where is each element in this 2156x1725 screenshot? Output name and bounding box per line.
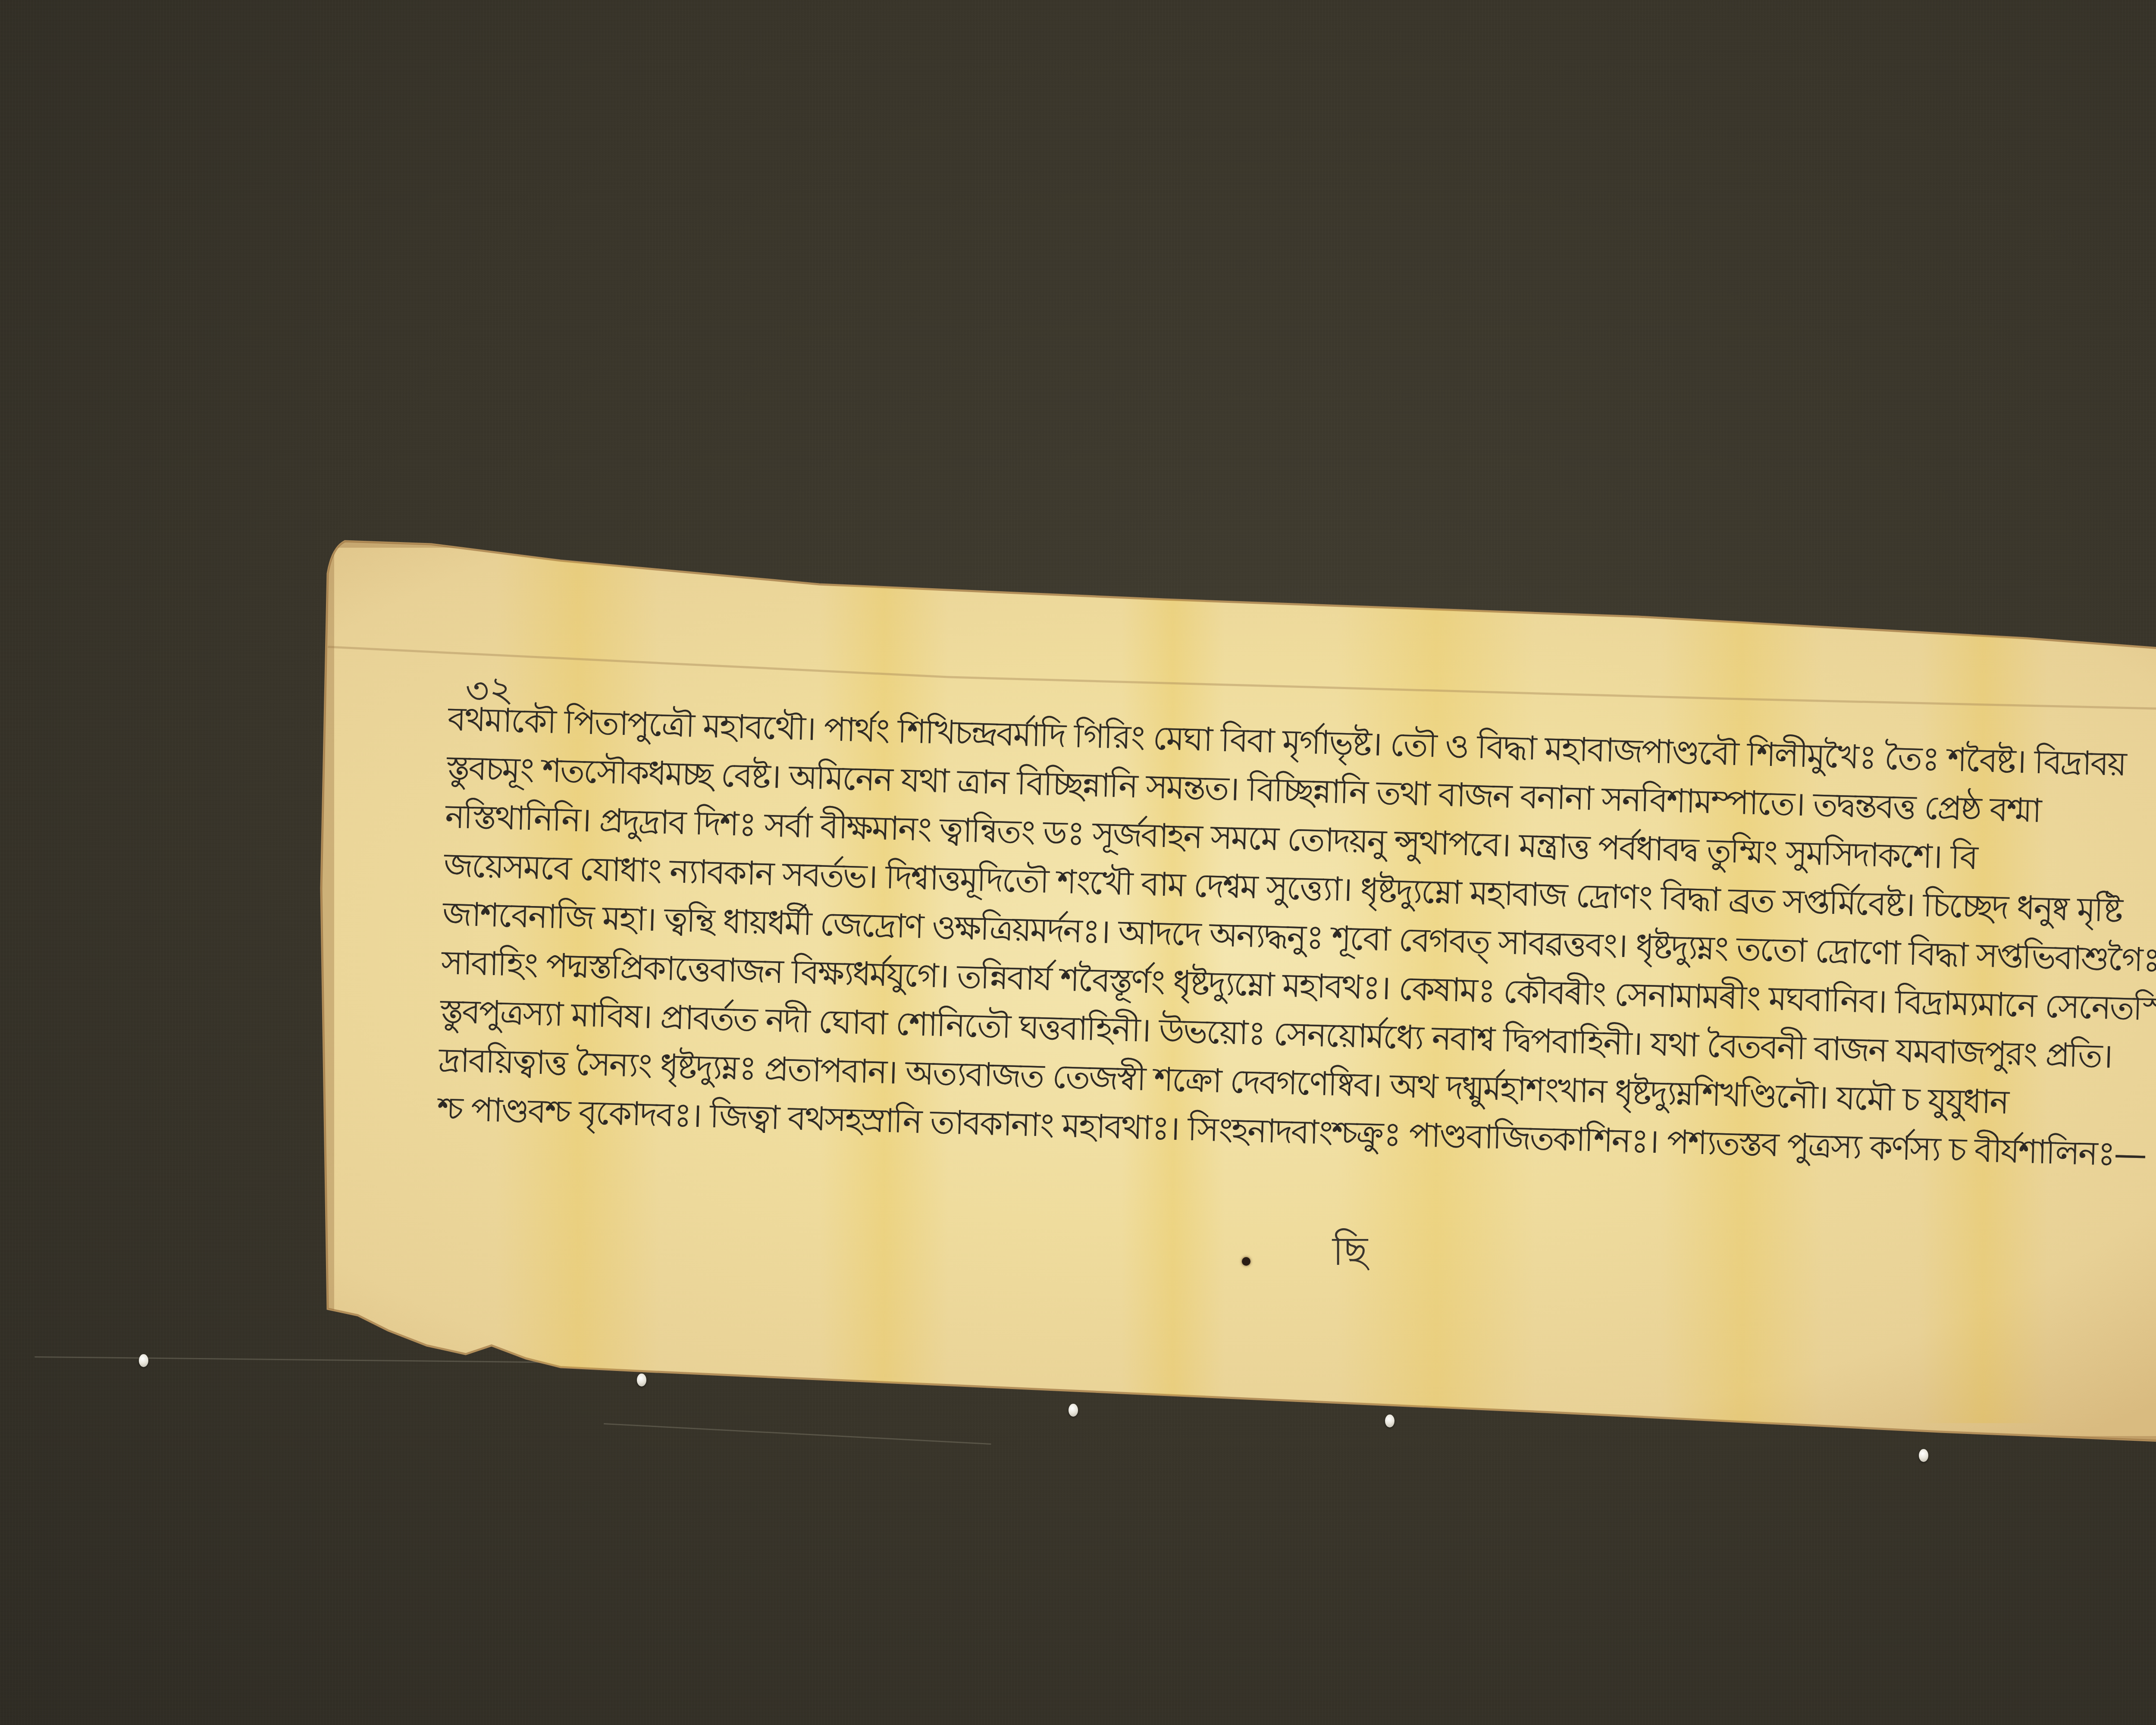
mounting-pin [1919, 1449, 1928, 1462]
mounting-pin [139, 1354, 148, 1367]
ink-spot [1242, 1257, 1250, 1266]
mounting-pin [1069, 1404, 1078, 1417]
mounting-pin [1385, 1414, 1395, 1427]
mounting-pin [637, 1374, 646, 1386]
manuscript-text: বথমাকৌ পিতাপুত্রৌ মহাবথৌ। পার্থং শিখিচন্… [436, 694, 2156, 1181]
end-mark: ছি [1332, 1220, 1368, 1287]
